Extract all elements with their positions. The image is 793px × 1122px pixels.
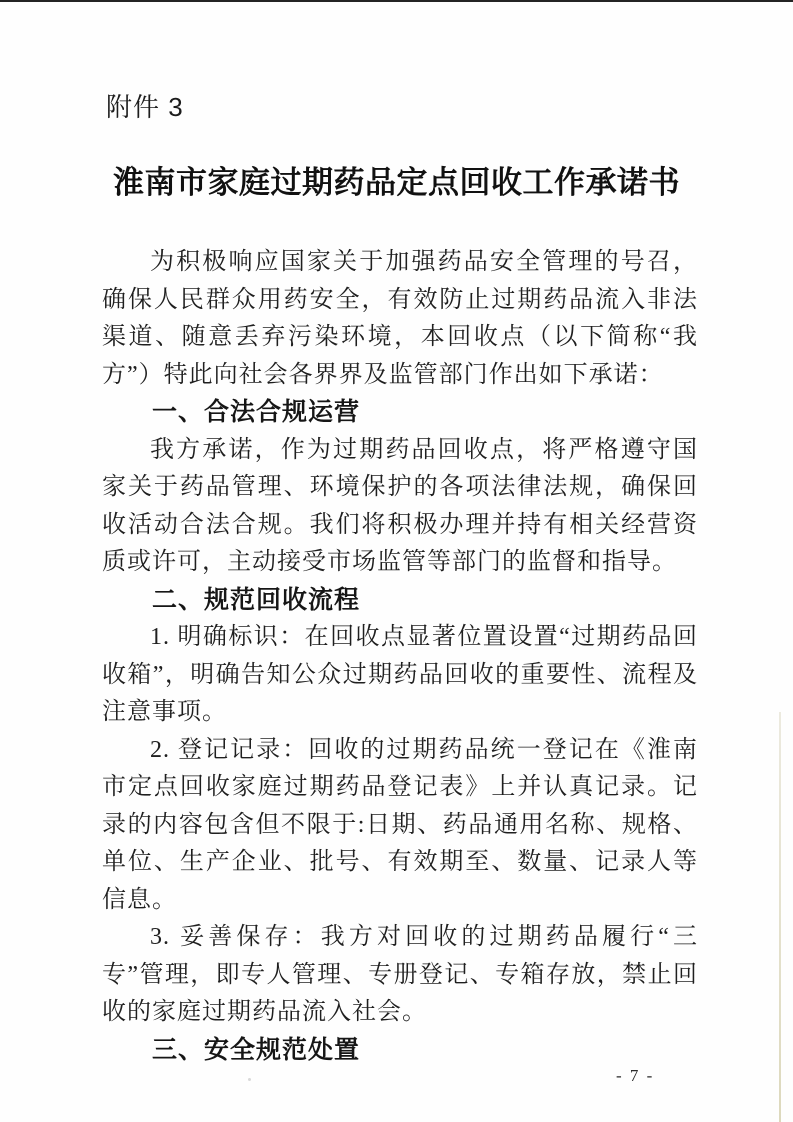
attachment-label: 附件 3 — [106, 92, 184, 122]
scan-top-edge-artifact — [0, 0, 793, 2]
section-2-paragraph-2: 2. 登记记录：回收的过期药品统一登记在《淮南市定点回收家庭过期药品登记表》上并… — [102, 732, 698, 920]
section-1-paragraph-1: 我方承诺，作为过期药品回收点，将严格遵守国家关于药品管理、环境保护的各项法律法规… — [102, 432, 698, 582]
scan-right-edge-artifact — [779, 712, 781, 1122]
intro-paragraph: 为积极响应国家关于加强药品安全管理的号召，确保人民群众用药安全，有效防止过期药品… — [102, 244, 698, 394]
section-2-paragraph-3: 3. 妥善保存：我方对回收的过期药品履行“三专”管理，即专人管理、专册登记、专箱… — [102, 919, 698, 1032]
document-body: 为积极响应国家关于加强药品安全管理的号召，确保人民群众用药安全，有效防止过期药品… — [102, 244, 698, 1069]
section-2-heading: 二、规范回收流程 — [102, 582, 698, 620]
section-1-heading: 一、合法合规运营 — [102, 394, 698, 432]
section-3-heading: 三、安全规范处置 — [102, 1032, 698, 1070]
scan-speck-artifact — [248, 1078, 251, 1081]
scanned-document-page: 附件 3 淮南市家庭过期药品定点回收工作承诺书 为积极响应国家关于加强药品安全管… — [0, 0, 793, 1122]
document-title: 淮南市家庭过期药品定点回收工作承诺书 — [0, 163, 793, 203]
section-2-paragraph-1: 1. 明确标识：在回收点显著位置设置“过期药品回收箱”，明确告知公众过期药品回收… — [102, 619, 698, 732]
page-number: - 7 - — [616, 1066, 654, 1086]
